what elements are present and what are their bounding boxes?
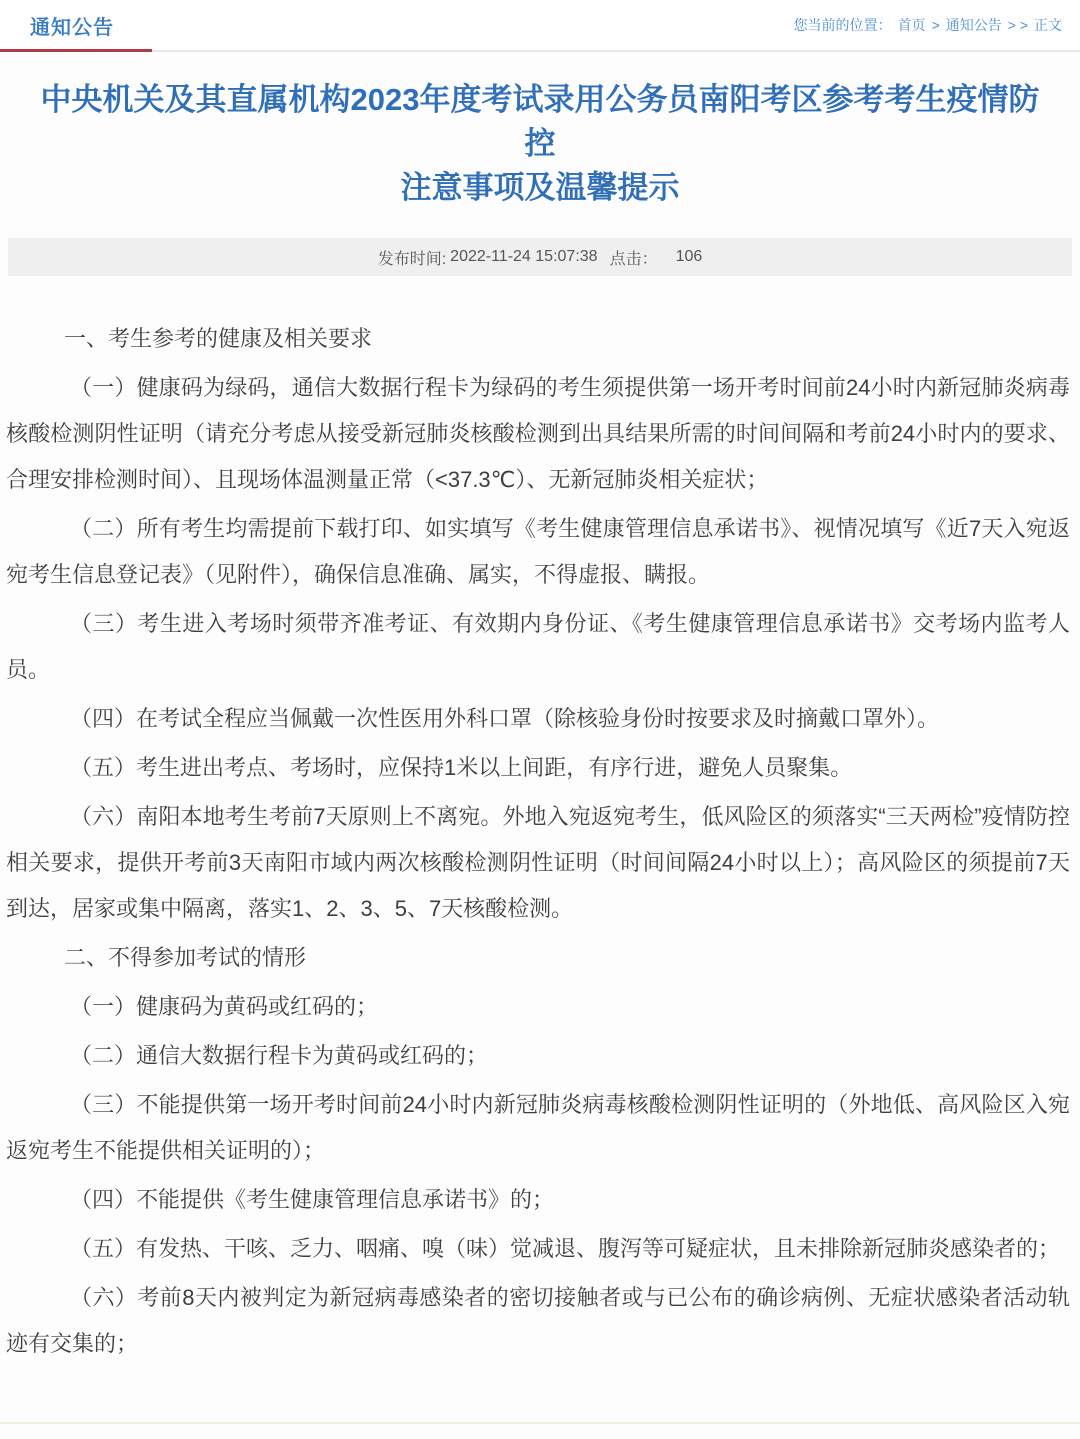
paragraph: （五）考生进出考点、考场时，应保持1米以上间距，有序行进，避免人员聚集。: [6, 745, 1070, 791]
breadcrumb-current: 正文: [1034, 15, 1062, 35]
breadcrumb-home-link[interactable]: 首页: [898, 15, 926, 35]
breadcrumb: 您当前的位置： 首页 > 通知公告 > > 正文: [794, 15, 1062, 35]
section-heading: 一、考生参考的健康及相关要求: [6, 316, 1070, 362]
hits-value: 106: [676, 248, 703, 266]
publish-meta-bar: 发布时间: 2022-11-24 15:07:38 点击： 106: [8, 238, 1072, 276]
page-title: 中央机关及其直属机构2023年度考试录用公务员南阳考区参考考生疫情防控 注意事项…: [40, 78, 1040, 210]
publish-time-label: 发布时间:: [378, 246, 446, 269]
paragraph: （二）所有考生均需提前下载打印、如实填写《考生健康管理信息承诺书》、视情况填写《…: [6, 506, 1070, 598]
breadcrumb-prefix: 您当前的位置：: [794, 15, 892, 35]
section-heading: 二、不得参加考试的情形: [6, 935, 1070, 981]
breadcrumb-section-link[interactable]: 通知公告: [946, 15, 1002, 35]
paragraph: （四）在考试全程应当佩戴一次性医用外科口罩（除核验身份时按要求及时摘戴口罩外）。: [6, 696, 1070, 742]
paragraph: （三）不能提供第一场开考时间前24小时内新冠肺炎病毒核酸检测阴性证明的（外地低、…: [6, 1082, 1070, 1174]
paragraph: （六）南阳本地考生考前7天原则上不离宛。外地入宛返宛考生，低风险区的须落实“三天…: [6, 794, 1070, 932]
paragraph: （三）考生进入考场时须带齐准考证、有效期内身份证、《考生健康管理信息承诺书》交考…: [6, 601, 1070, 693]
paragraph: （六）考前8天内被判定为新冠病毒感染者的密切接触者或与已公布的确诊病例、无症状感…: [6, 1275, 1070, 1367]
paragraph: （四）不能提供《考生健康管理信息承诺书》的；: [6, 1177, 1070, 1223]
page-title-line-1: 中央机关及其直属机构2023年度考试录用公务员南阳考区参考考生疫情防控: [40, 78, 1040, 166]
paragraph: （一）健康码为黄码或红码的；: [6, 984, 1070, 1030]
breadcrumb-separator: > >: [1008, 17, 1028, 33]
article-body: 一、考生参考的健康及相关要求（一）健康码为绿码，通信大数据行程卡为绿码的考生须提…: [0, 316, 1080, 1367]
hits-label: 点击：: [610, 246, 658, 269]
page-title-line-2: 注意事项及温馨提示: [40, 166, 1040, 210]
paragraph: （二）通信大数据行程卡为黄码或红码的；: [6, 1033, 1070, 1079]
paragraph: （一）健康码为绿码，通信大数据行程卡为绿码的考生须提供第一场开考时间前24小时内…: [6, 365, 1070, 503]
paragraph: （五）有发热、干咳、乏力、咽痛、嗅（味）觉减退、腹泻等可疑症状，且未排除新冠肺炎…: [6, 1226, 1070, 1272]
section-label-notices[interactable]: 通知公告: [30, 11, 114, 40]
publish-time-value: 2022-11-24 15:07:38: [450, 248, 597, 266]
top-nav-bar: 通知公告 您当前的位置： 首页 > 通知公告 > > 正文: [0, 0, 1080, 52]
bottom-divider: [0, 1422, 1080, 1424]
breadcrumb-separator: >: [932, 17, 940, 33]
